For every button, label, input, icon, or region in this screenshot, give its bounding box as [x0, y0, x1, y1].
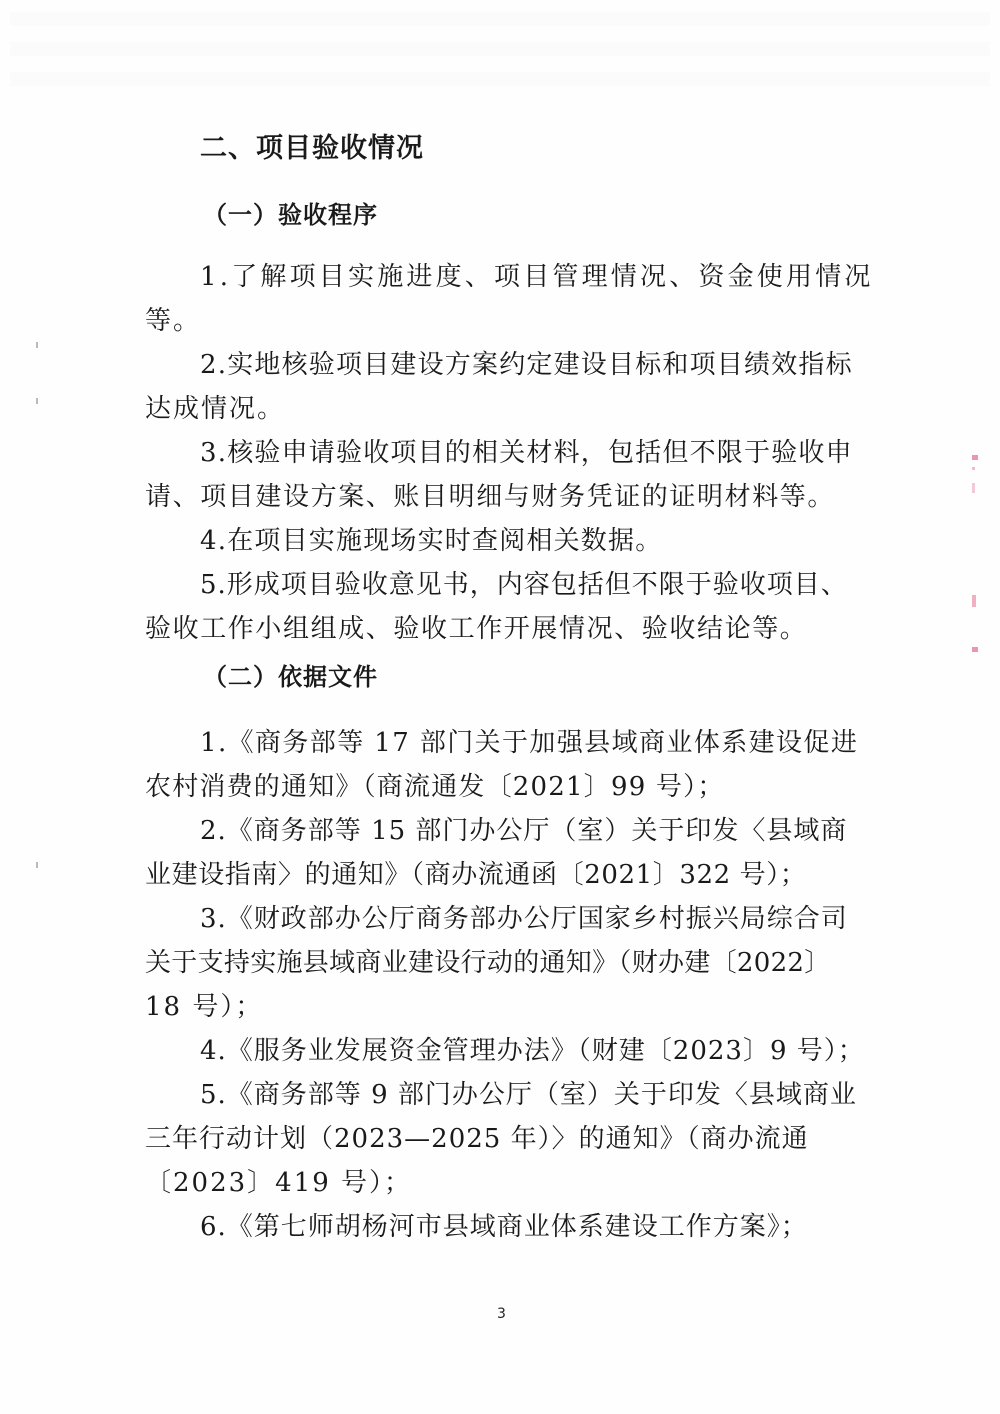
paragraph-line: 1.了解项目实施进度、项目管理情况、资金使用情况 — [200, 262, 874, 292]
paragraph-line: 请、项目建设方案、账目明细与财务凭证的证明材料等。 — [145, 482, 835, 512]
paragraph-line: 达成情况。 — [145, 394, 285, 424]
paragraph-line: 5.形成项目验收意见书，内容包括但不限于验收项目、 — [200, 570, 848, 600]
paragraph-line: 4.在项目实施现场实时查阅相关数据。 — [200, 526, 662, 556]
paragraph-line: 等。 — [145, 306, 201, 336]
paragraph-line: 验收工作小组组成、验收工作开展情况、验收结论等。 — [145, 614, 807, 644]
reference-line: 三年行动计划（2023—2025 年）〉的通知》（商办流通 — [145, 1124, 809, 1154]
reference-line: 关于支持实施县域商业建设行动的通知》（财办建〔2022〕 — [145, 948, 831, 978]
seal-edge-marks — [972, 455, 982, 655]
scan-artifact — [36, 342, 38, 348]
page-number: 3 — [497, 1306, 506, 1322]
scan-artifact — [36, 398, 38, 404]
subsection-heading-basis-documents: （二）依据文件 — [203, 662, 378, 692]
paragraph-line: 2.实地核验项目建设方案约定建设目标和项目绩效指标 — [200, 350, 853, 380]
scan-artifact — [36, 862, 38, 868]
paragraph-line: 3.核验申请验收项目的相关材料，包括但不限于验收申 — [200, 438, 853, 468]
reference-line: 18 号）； — [145, 992, 263, 1022]
reference-line: 5.《商务部等 9 部门办公厅（室）关于印发〈县域商业 — [200, 1080, 857, 1110]
reference-line: 2.《商务部等 15 部门办公厅（室）关于印发〈县域商 — [200, 816, 847, 846]
reference-line: 1.《商务部等 17 部门关于加强县域商业体系建设促进 — [200, 728, 858, 758]
subsection-heading-procedure: （一）验收程序 — [203, 200, 378, 230]
scan-bleed-through — [10, 12, 990, 102]
document-page: 二、项目验收情况 （一）验收程序 1.了解项目实施进度、项目管理情况、资金使用情… — [0, 0, 1000, 1414]
reference-line: 〔2023〕419 号）； — [145, 1168, 412, 1198]
reference-line: 农村消费的通知》（商流通发〔2021〕99 号）； — [145, 772, 725, 802]
reference-line: 4.《服务业发展资金管理办法》（财建〔2023〕9 号）； — [200, 1036, 865, 1066]
section-title: 二、项目验收情况 — [200, 134, 424, 164]
reference-line: 6.《第七师胡杨河市县域商业体系建设工作方案》； — [200, 1212, 808, 1242]
reference-line: 业建设指南〉的通知》（商办流通函〔2021〕322 号）； — [145, 860, 806, 890]
reference-line: 3.《财政部办公厅商务部办公厅国家乡村振兴局综合司 — [200, 904, 848, 934]
